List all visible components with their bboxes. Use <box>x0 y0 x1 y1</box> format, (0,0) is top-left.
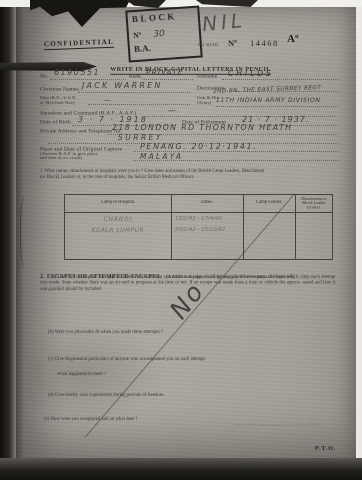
field-label-ship-1: Ship (R.N., U.S.N. <box>40 96 77 101</box>
table-header-divider <box>65 212 332 213</box>
question-2b: (b) Were you physically fit when you mad… <box>48 330 163 335</box>
mi9-label: M.I. 9(JAP) <box>198 43 218 47</box>
field-value-address-line1: 218 LONDON RD THORNTON HEATH <box>112 123 292 132</box>
dotted-line <box>50 79 126 80</box>
table-header-dates: Dates. <box>179 200 235 205</box>
table-column-divider <box>171 195 172 259</box>
table-header-camp: Camp or Hospital. <box>77 200 160 205</box>
field-label-rank: Rank <box>129 73 141 79</box>
table-row-camp-1: CHANGI <box>65 217 171 223</box>
field-value-rank: PRIVATE <box>146 68 183 77</box>
field-label-christian-names: Christian Names <box>40 86 79 92</box>
question-2c: (c) Give Regimental particulars of anyon… <box>48 357 206 362</box>
field-value-unit-line2: 11TH INDIAN ARMY DIVISION. <box>216 97 323 104</box>
block-no-label: Nº <box>133 31 142 41</box>
table-row-dates-1: 15/2/42 - 17/4/45 <box>175 216 222 222</box>
table-column-divider <box>295 195 296 259</box>
grade-stamp: Aº <box>287 33 299 45</box>
camp-table: Camp or Hospital. Dates. Camp Leader. De… <box>64 194 333 260</box>
dotted-line <box>222 79 338 80</box>
block-number-stamp: BLOCK Nº 30 B.A. <box>125 5 202 62</box>
field-value-address-line2: SURREY <box>118 133 163 142</box>
field-label-unit-2: (Army) <box>197 101 211 106</box>
table-column-divider <box>243 195 244 259</box>
dotted-line <box>216 106 338 107</box>
bottom-shadow <box>0 458 362 480</box>
reference-no-symbol: Nº <box>228 38 237 48</box>
question-2c-followup: What happened to them ? <box>57 372 106 377</box>
table-row-dates-2: 20/2/42 - 15/10/42 <box>175 227 225 233</box>
block-no-value: 30 <box>153 29 165 40</box>
scanned-pow-form: CONFIDENTIAL BLOCK Nº 30 B.A. NIL M.I. 9… <box>0 0 362 480</box>
field-value-surname: CHILDS <box>228 69 274 78</box>
field-label-capture-note2: and date of a/c crash). <box>40 156 83 161</box>
table-header-detachment: Detachment or Block Leader (if any). <box>301 197 327 210</box>
question-1-line2: (or Block) Leaders or, in the case of ho… <box>40 175 195 180</box>
table-row-camp-2: KUALA LUMPUR <box>65 228 171 234</box>
field-value-christian-names: JACK WARREN <box>82 81 163 90</box>
table-header-camp-leader: Camp Leader. <box>249 200 290 205</box>
question-1-line1: 1. What camps, detachments or hospitals … <box>40 169 264 174</box>
dotted-line <box>133 160 338 161</box>
nil-annotation: NIL <box>201 8 247 36</box>
field-label-dob: Date of Birth <box>40 119 71 125</box>
pto-label: P.T.O. <box>315 445 336 452</box>
field-value-squadron: — <box>168 106 176 115</box>
field-label-no: No. <box>40 73 49 79</box>
dotted-line <box>78 92 190 93</box>
reference-number: 14468 <box>250 38 279 48</box>
field-label-surname: Surname <box>197 73 218 79</box>
dotted-line <box>88 104 190 105</box>
pencil-mark <box>20 196 30 268</box>
field-value-ship: — <box>104 96 111 104</box>
question-2e: (e) How were you recaptured and on what … <box>44 417 137 422</box>
field-label-ship-2: or Merchant Navy <box>40 101 75 106</box>
field-value-no: 6190551 <box>54 68 100 77</box>
dotted-line <box>142 79 193 80</box>
field-value-capture-line1: PENANG. 20·12·1941. <box>140 142 257 151</box>
question-2d: (d) Give briefly your experiences during… <box>48 393 165 398</box>
bleed-through-text: (e) How were you recaptured and on what … <box>191 423 319 428</box>
